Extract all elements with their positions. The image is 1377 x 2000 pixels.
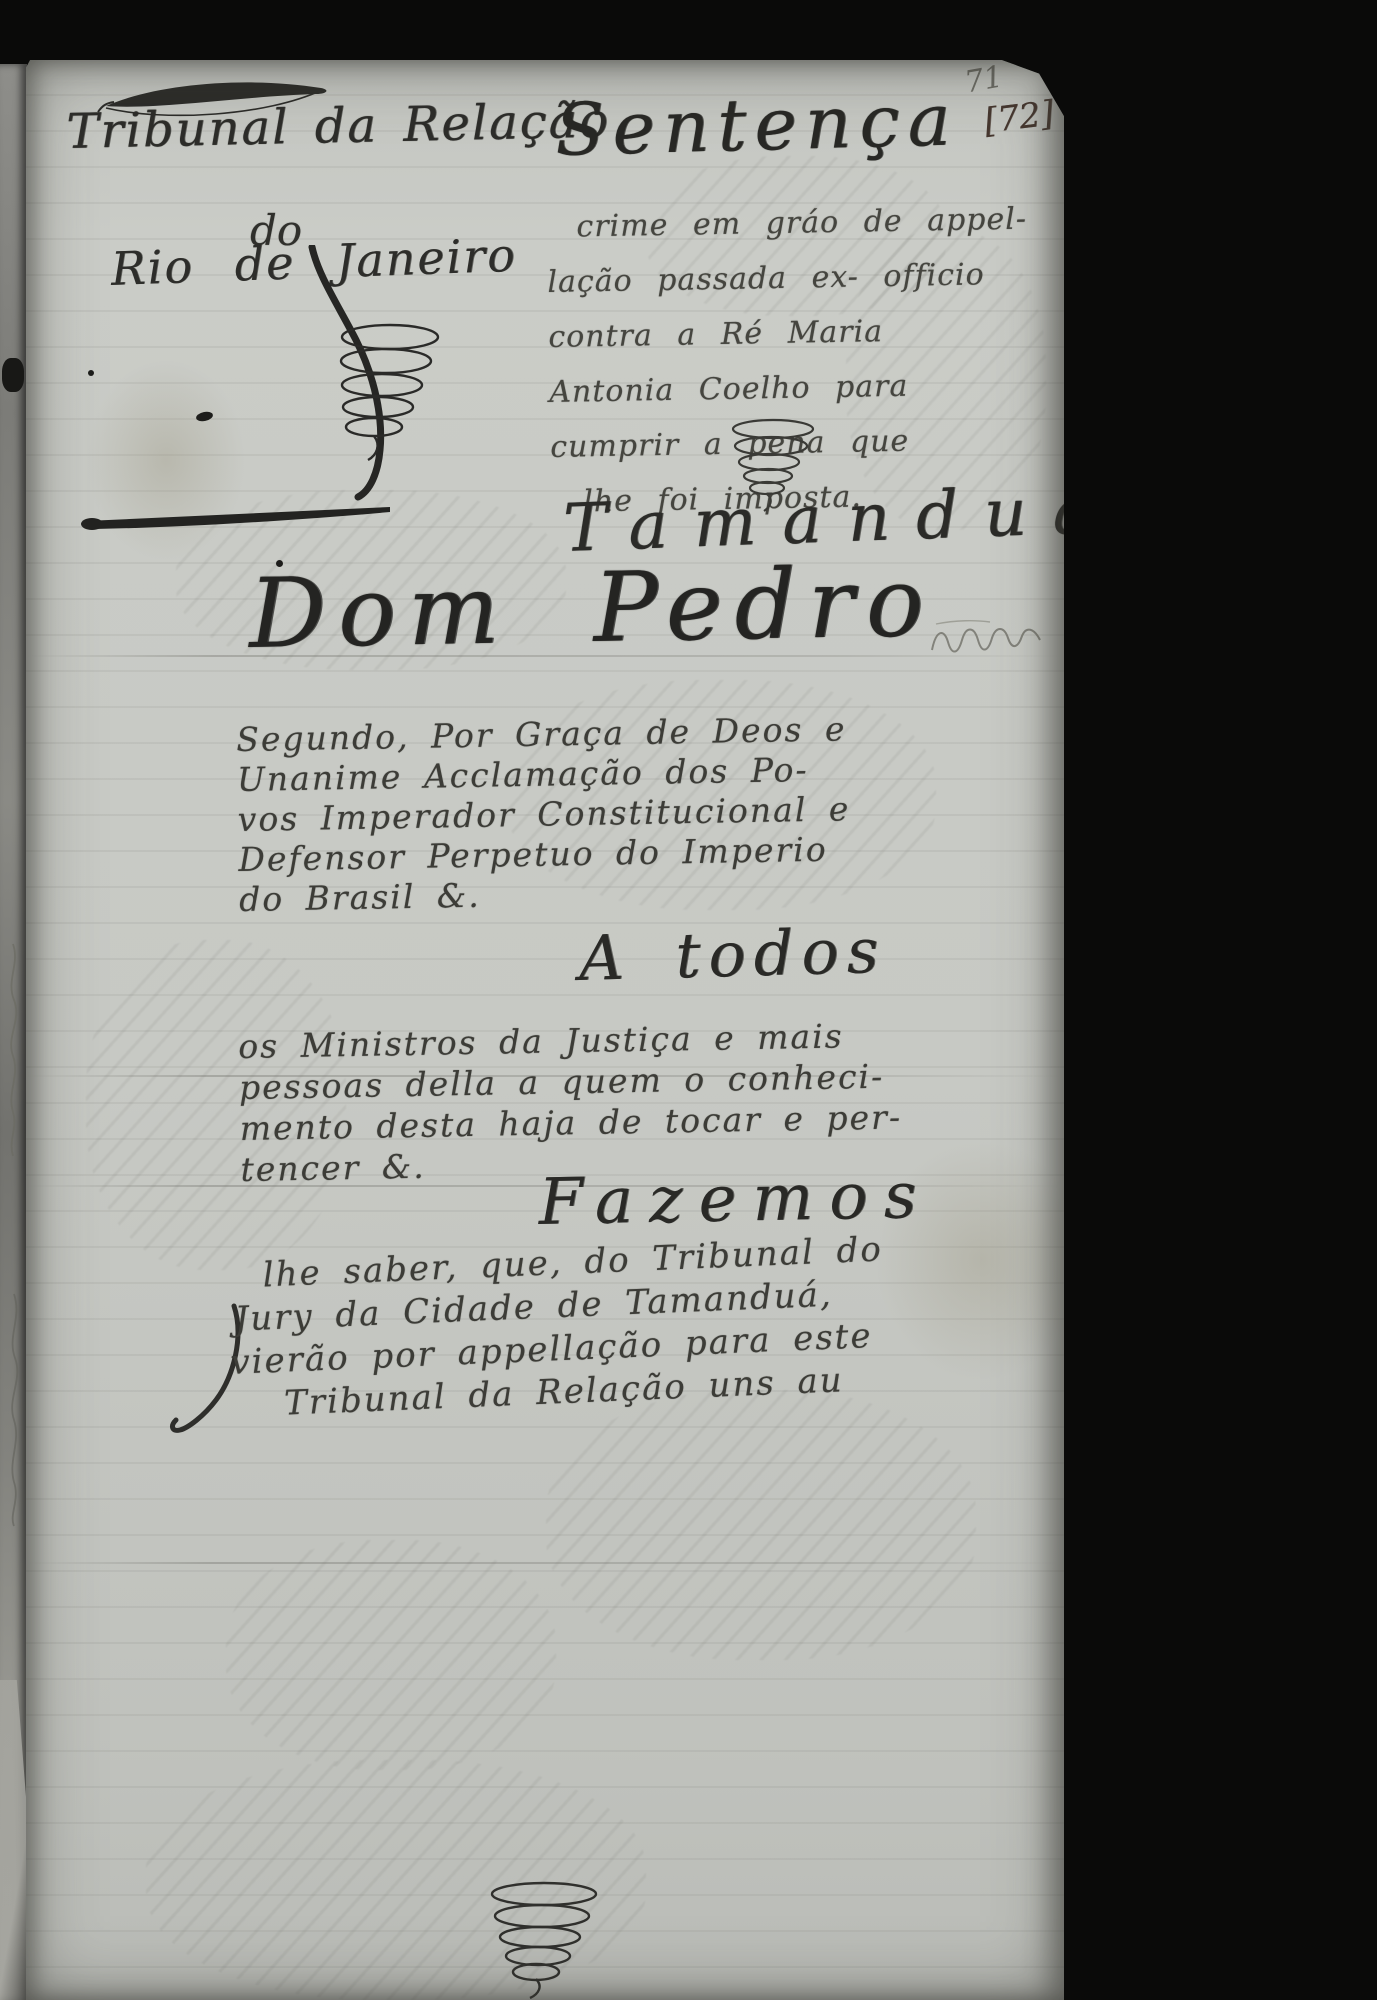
manuscript-page: 71 [72] Tribunal da Relação Sentença do … [26,60,1064,2000]
gutter-scribble [2,1290,28,1530]
scanned-document: 71 [72] Tribunal da Relação Sentença do … [0,0,1377,2000]
scan-vignette [26,60,1064,2000]
gutter-ink-mark [2,358,24,392]
gutter-scribble [0,940,26,1160]
